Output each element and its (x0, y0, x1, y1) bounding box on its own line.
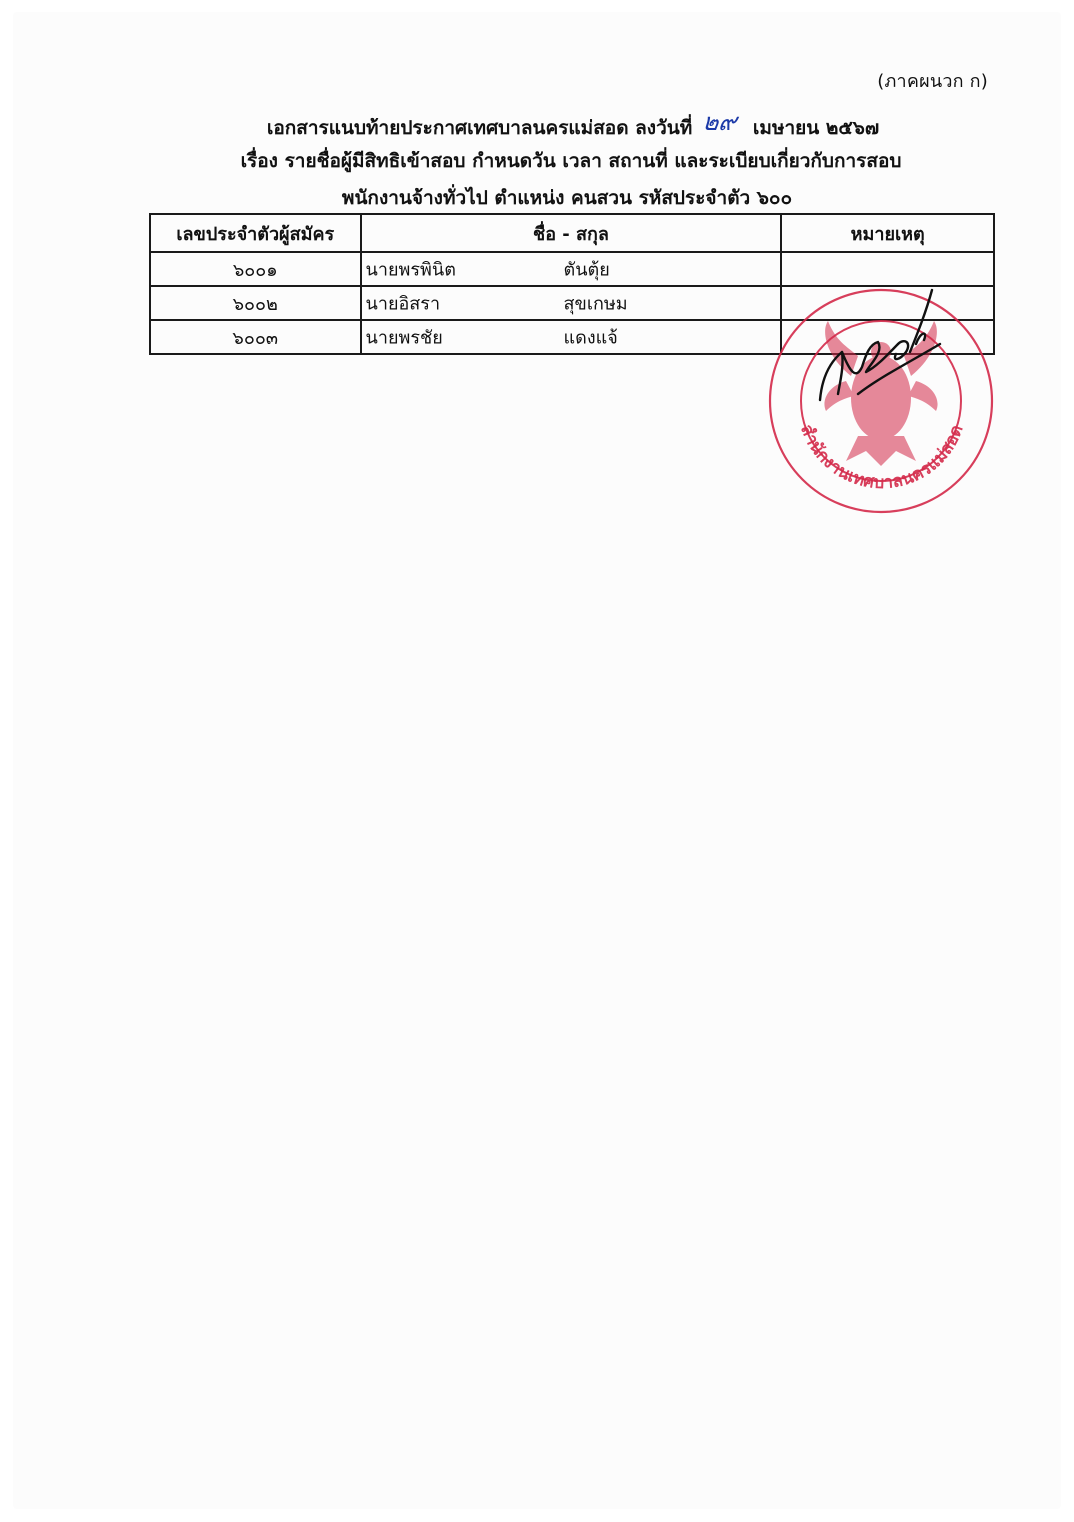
applicant-id-cell: ๖๐๐๒ (150, 286, 361, 320)
header-remarks: หมายเหตุ (781, 214, 994, 252)
header-full-name: ชื่อ - สกุล (361, 214, 782, 252)
applicant-id-cell: ๖๐๐๑ (150, 252, 361, 286)
appendix-label: (ภาคผนวก ก) (877, 66, 988, 95)
applicant-id-cell: ๖๐๐๓ (150, 320, 361, 354)
table-header-row: เลขประจำตัวผู้สมัคร ชื่อ - สกุล หมายเหตุ (150, 214, 994, 252)
last-name: ตันตุ้ย (564, 255, 610, 284)
table-row: ๖๐๐๒ นายอิสรา สุขเกษม (150, 286, 994, 320)
document-title-line-2: เรื่อง รายชื่อผู้มีสิทธิเข้าสอบ กำหนดวัน… (34, 146, 1074, 176)
table-row: ๖๐๐๑ นายพรพินิต ตันตุ้ย (150, 252, 994, 286)
name-cell: นายอิสรา สุขเกษม (361, 286, 782, 320)
remarks-cell (781, 252, 994, 286)
last-name: แดงแจ้ (564, 323, 618, 352)
name-cell: นายพรพินิต ตันตุ้ย (361, 252, 782, 286)
name-cell: นายพรชัย แดงแจ้ (361, 320, 782, 354)
remarks-cell (781, 286, 994, 320)
applicant-table: เลขประจำตัวผู้สมัคร ชื่อ - สกุล หมายเหตุ… (149, 213, 995, 355)
document-title-line-1: เอกสารแนบท้ายประกาศเทศบาลนครแม่สอด ลงวัน… (36, 106, 1074, 145)
header-applicant-id: เลขประจำตัวผู้สมัคร (150, 214, 361, 252)
first-name: นายอิสรา (366, 289, 441, 318)
handwritten-day: ๒๙ (700, 102, 739, 141)
title-suffix: เมษายน ๒๕๖๗ (753, 117, 879, 139)
remarks-cell (781, 320, 994, 354)
document-title-line-3: พนักงานจ้างทั่วไป ตำแหน่ง คนสวน รหัสประจ… (30, 183, 1074, 213)
title-prefix: เอกสารแนบท้ายประกาศเทศบาลนครแม่สอด ลงวัน… (267, 117, 692, 139)
first-name: นายพรชัย (366, 323, 443, 352)
first-name: นายพรพินิต (366, 255, 456, 284)
last-name: สุขเกษม (564, 289, 628, 318)
table-row: ๖๐๐๓ นายพรชัย แดงแจ้ (150, 320, 994, 354)
